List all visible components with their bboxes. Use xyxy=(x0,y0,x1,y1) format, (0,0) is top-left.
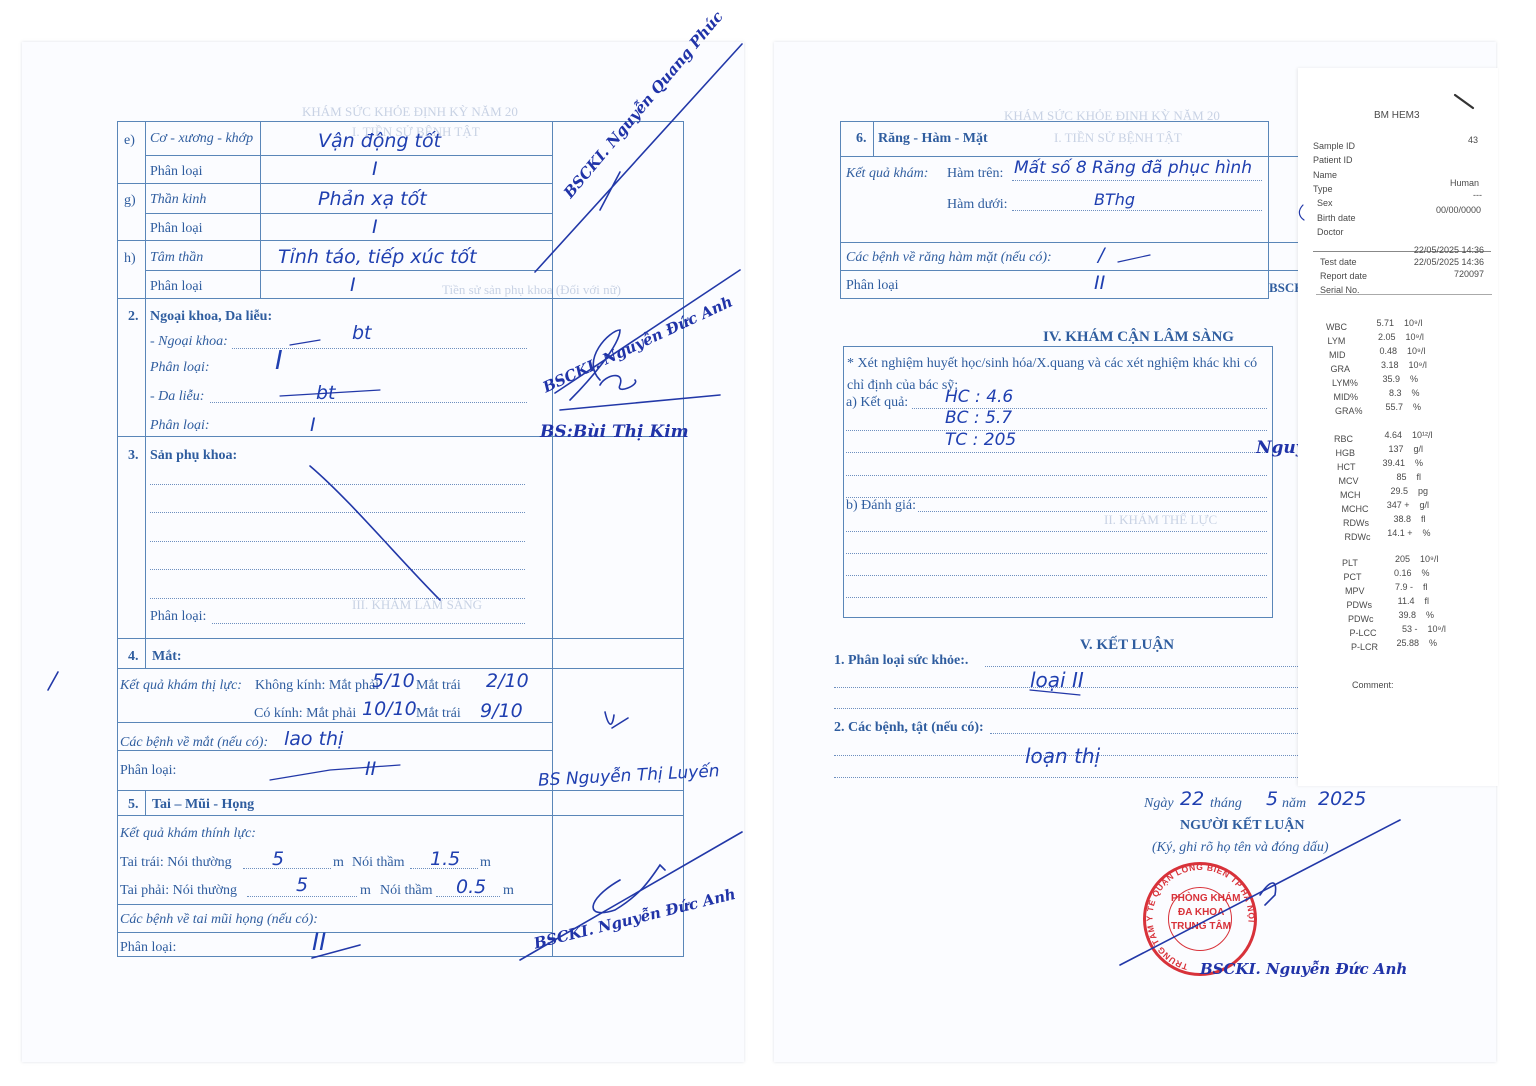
stamp-line-1: PHÒNG KHÁM xyxy=(1171,893,1240,904)
receipt-result-unit: 10⁹/l xyxy=(1420,554,1438,564)
lab-result-hc: HC : 4.6 xyxy=(945,387,1013,407)
date-day: 22 xyxy=(1180,788,1204,810)
dotted-line xyxy=(846,430,1267,431)
hematology-receipt: BM HEM3 Sample ID43Patient IDNameTypeHum… xyxy=(1298,68,1498,786)
section-number: 2. xyxy=(128,309,139,325)
receipt-result-unit: 10⁹/l xyxy=(1406,332,1424,342)
class-label: Phân loại: xyxy=(150,418,210,434)
left-ear-label: Tai trái: Nói thường xyxy=(120,855,232,871)
unit-m: m xyxy=(333,855,344,871)
unit-m: m xyxy=(503,883,514,899)
dotted-line xyxy=(150,569,525,570)
receipt-result-unit: fl xyxy=(1425,596,1430,606)
surgery-value: bt xyxy=(352,322,372,344)
upper-jaw-value: Mất số 8 Răng đã phục hình xyxy=(1014,158,1252,178)
lab-intro: * Xét nghiệm huyết học/sinh hóa/X.quang … xyxy=(847,353,1267,397)
health-class-value: loại II xyxy=(1030,668,1084,692)
receipt-result-name: WBC xyxy=(1326,322,1347,332)
receipt-field-label: Doctor xyxy=(1317,227,1344,237)
receipt-result-name: MPV xyxy=(1345,586,1365,596)
receipt-result-value: 137 xyxy=(1388,444,1403,454)
eye-disease-value: lao thị xyxy=(284,728,343,750)
dental-disease-label: Các bệnh về răng hàm mặt (nếu có): xyxy=(846,250,1052,266)
receipt-field-label: Sample ID xyxy=(1313,141,1355,151)
dotted-line xyxy=(150,512,525,513)
receipt-field-value: 00/00/0000 xyxy=(1436,205,1481,215)
eye-class: II xyxy=(365,758,376,780)
row-divider xyxy=(117,240,552,241)
dotted-line xyxy=(150,484,525,485)
receipt-result-unit: % xyxy=(1415,458,1423,468)
row-divider xyxy=(145,155,552,156)
signer-note: (Ký, ghi rõ họ tên và đóng dấu) xyxy=(1152,840,1329,856)
receipt-result-value: 55.7 xyxy=(1385,402,1403,412)
dotted-line xyxy=(150,598,525,599)
receipt-result-unit: 10⁹/l xyxy=(1409,360,1427,370)
receipt-field-label: Name xyxy=(1313,170,1337,180)
receipt-result-name: MID% xyxy=(1334,392,1359,402)
surgery-label: - Ngoại khoa: xyxy=(150,334,228,350)
class-label: Phân loại: xyxy=(150,609,206,625)
dotted-line xyxy=(247,896,357,897)
lab-result-label: a) Kết quả: xyxy=(846,395,908,411)
receipt-result-unit: fl xyxy=(1421,514,1426,524)
class-label: Phân loại xyxy=(846,278,899,294)
date-prefix: Ngày xyxy=(1144,796,1174,812)
receipt-result-name: LYM xyxy=(1328,336,1346,346)
receipt-result-value: 38.8 xyxy=(1393,514,1411,524)
class-label: Phân loại: xyxy=(150,360,210,376)
dotted-line xyxy=(846,475,1267,476)
diseases-label: 2. Các bệnh, tật (nếu có): xyxy=(834,720,984,736)
whisper-label: Nói thầm xyxy=(352,855,405,871)
left-eye-label: Mắt trái xyxy=(416,678,461,694)
no-glasses-label: Không kính: Mắt phải xyxy=(255,678,379,694)
signer-title: NGƯỜI KẾT LUẬN xyxy=(1180,818,1304,834)
receipt-date-value: 22/05/2025 14:36 xyxy=(1414,257,1484,267)
receipt-result-value: 0.48 xyxy=(1379,346,1397,356)
left-eye-label: Mắt trái xyxy=(416,706,461,722)
receipt-result-name: MCHC xyxy=(1342,504,1369,514)
stamp-line-3: TRUNG TÂM xyxy=(1171,921,1231,932)
no-glasses-left: 2/10 xyxy=(486,670,529,692)
section-divider xyxy=(117,638,684,639)
musculoskeletal-label: Cơ - xương - khớp xyxy=(150,131,253,147)
receipt-result-value: 11.4 xyxy=(1398,596,1415,606)
receipt-result-value: 0.16 xyxy=(1394,568,1412,578)
receipt-result-name: MCV xyxy=(1339,476,1359,486)
hearing-label: Kết quả khám thính lực: xyxy=(120,826,256,842)
assessment-label: b) Đánh giá: xyxy=(846,498,916,514)
derm-value: bt xyxy=(316,382,336,404)
receipt-result-value: 3.18 xyxy=(1381,360,1399,370)
letter-column-divider xyxy=(145,121,146,298)
receipt-result-name: PCT xyxy=(1344,572,1362,582)
row-letter: h) xyxy=(124,251,136,267)
right-ear-label: Tai phải: Nói thường xyxy=(120,883,237,899)
signature-bui-thi-kim: BS:Bùi Thị Kim xyxy=(540,422,689,442)
receipt-result-name: GRA% xyxy=(1335,406,1363,416)
receipt-result-name: RDWs xyxy=(1343,518,1369,528)
number-column-divider xyxy=(145,790,146,815)
psych-result: Tỉnh táo, tiếp xúc tốt xyxy=(278,246,477,268)
row-divider xyxy=(117,183,552,184)
ent-section-title: Tai – Mũi - Họng xyxy=(152,797,254,813)
receipt-result-name: P-LCR xyxy=(1351,642,1378,652)
row-letter: g) xyxy=(124,193,136,209)
receipt-result-unit: 10⁹/l xyxy=(1428,624,1446,634)
dotted-line xyxy=(1012,210,1262,211)
receipt-date-value: 22/05/2025 14:36 xyxy=(1414,245,1484,255)
receipt-field-label: Sex xyxy=(1317,198,1333,208)
receipt-divider xyxy=(1316,294,1492,295)
class-label: Phân loại xyxy=(150,221,203,237)
receipt-result-name: P-LCC xyxy=(1350,628,1377,638)
musculoskeletal-result: Vận động tốt xyxy=(318,130,441,152)
neuro-class: I xyxy=(372,216,378,238)
date-month: 5 xyxy=(1266,788,1278,810)
receipt-result-unit: g/l xyxy=(1414,444,1424,454)
receipt-result-unit: % xyxy=(1426,610,1434,620)
number-column-divider xyxy=(145,638,146,668)
glasses-left: 9/10 xyxy=(480,700,523,722)
receipt-field-value: --- xyxy=(1473,190,1482,200)
receipt-result-unit: 10⁹/l xyxy=(1404,318,1422,328)
receipt-result-value: 347 + xyxy=(1387,500,1410,510)
section-divider xyxy=(117,668,684,669)
psych-class: I xyxy=(350,274,356,296)
row-divider xyxy=(117,932,552,933)
receipt-result-value: 205 xyxy=(1395,554,1410,564)
receipt-result-name: GRA xyxy=(1331,364,1351,374)
section-divider xyxy=(117,815,684,816)
ent-disease-label: Các bệnh về tai mũi họng (nếu có): xyxy=(120,912,318,928)
receipt-result-value: 85 xyxy=(1396,472,1406,482)
receipt-result-name: PDWs xyxy=(1347,600,1373,610)
lab-section-title: IV. KHÁM CẬN LÂM SÀNG xyxy=(1043,329,1234,346)
receipt-result-unit: 10⁹/l xyxy=(1407,346,1425,356)
dental-disease-value: / xyxy=(1098,244,1104,266)
dotted-line xyxy=(846,575,1267,576)
eyes-section-title: Mắt: xyxy=(152,649,182,665)
section-divider xyxy=(117,790,684,791)
glasses-right: 10/10 xyxy=(362,698,417,720)
right-ear-normal: 5 xyxy=(296,874,308,896)
glasses-label: Có kính: Mắt phải xyxy=(254,706,356,722)
receipt-result-name: MCH xyxy=(1340,490,1361,500)
class-label: Phân loại xyxy=(150,279,203,295)
health-class-label: 1. Phân loại sức khỏe:. xyxy=(834,653,968,669)
receipt-result-value: 5.71 xyxy=(1376,318,1394,328)
receipt-field-value: Human xyxy=(1450,178,1479,188)
receipt-result-value: 39.41 xyxy=(1382,458,1405,468)
number-column-divider xyxy=(873,121,874,156)
dotted-line xyxy=(210,402,527,403)
receipt-date-label: Report date xyxy=(1320,271,1367,281)
receipt-result-name: LYM% xyxy=(1332,378,1358,388)
vision-label: Kết quả khám thị lực: xyxy=(120,678,242,694)
row-divider xyxy=(145,213,552,214)
lower-jaw-value: BThg xyxy=(1094,190,1135,209)
receipt-result-name: HCT xyxy=(1337,462,1356,472)
whisper-label: Nói thầm xyxy=(380,883,433,899)
receipt-result-value: 39.8 xyxy=(1398,610,1416,620)
receipt-result-unit: % xyxy=(1429,638,1437,648)
dotted-line xyxy=(846,452,1267,453)
receipt-result-value: 2.05 xyxy=(1378,332,1396,342)
receipt-title: BM HEM3 xyxy=(1374,110,1420,121)
receipt-result-unit: g/l xyxy=(1420,500,1430,510)
receipt-result-value: 53 - xyxy=(1402,624,1418,634)
class-label: Phân loại xyxy=(150,164,203,180)
row-divider xyxy=(117,904,552,905)
obgyn-section-title: Sản phụ khoa: xyxy=(150,448,237,464)
receipt-result-unit: % xyxy=(1410,374,1418,384)
row-divider xyxy=(840,242,1300,243)
dotted-line xyxy=(243,868,331,869)
dotted-line xyxy=(212,623,525,624)
no-glasses-right: 5/10 xyxy=(372,670,415,692)
derm-label: - Da liễu: xyxy=(150,389,204,405)
receipt-result-unit: fl xyxy=(1423,582,1428,592)
upper-jaw-label: Hàm trên: xyxy=(947,166,1003,182)
receipt-result-name: HGB xyxy=(1336,448,1356,458)
row-divider xyxy=(840,270,1300,271)
receipt-result-name: PLT xyxy=(1342,558,1358,568)
neuro-label: Thần kinh xyxy=(150,192,206,208)
receipt-result-value: 35.9 xyxy=(1382,374,1400,384)
date-year: 2025 xyxy=(1318,788,1366,810)
section-number: 3. xyxy=(128,448,139,464)
receipt-result-name: RBC xyxy=(1334,434,1353,444)
receipt-result-unit: % xyxy=(1412,388,1420,398)
receipt-field-label: Birth date xyxy=(1317,213,1356,223)
unit-m: m xyxy=(480,855,491,871)
dental-result-label: Kết quả khám: xyxy=(846,166,928,182)
lower-jaw-label: Hàm dưới: xyxy=(947,197,1007,213)
dotted-line xyxy=(846,531,1267,532)
dotted-line xyxy=(1012,180,1262,181)
number-column-divider xyxy=(145,298,146,638)
receipt-result-value: 4.64 xyxy=(1384,430,1402,440)
show-through-text: KHÁM SỨC KHỎE ĐỊNH KỲ NĂM 20 xyxy=(302,104,518,120)
section-number: 5. xyxy=(128,797,139,813)
receipt-field-label: Patient ID xyxy=(1313,155,1353,165)
dotted-line xyxy=(846,597,1267,598)
dental-section-title: Răng - Hàm - Mặt xyxy=(878,131,988,147)
receipt-result-unit: % xyxy=(1413,402,1421,412)
lab-result-bc: BC : 5.7 xyxy=(945,408,1012,428)
surgery-section-title: Ngoại khoa, Da liễu: xyxy=(150,309,272,325)
dotted-line xyxy=(150,541,525,542)
row-divider xyxy=(117,722,552,723)
receipt-result-unit: % xyxy=(1422,568,1430,578)
class-label: Phân loại: xyxy=(120,763,176,779)
musculoskeletal-class: I xyxy=(372,158,378,180)
receipt-field-value: 43 xyxy=(1468,135,1478,145)
receipt-result-unit: pg xyxy=(1418,486,1428,496)
row-letter: e) xyxy=(124,133,135,149)
receipt-result-value: 7.9 - xyxy=(1395,582,1413,592)
receipt-result-name: PDWc xyxy=(1348,614,1374,624)
psych-label: Tâm thần xyxy=(150,250,203,266)
derm-class: I xyxy=(310,414,316,436)
unit-m: m xyxy=(360,883,371,899)
class-label: Phân loại: xyxy=(120,940,176,956)
section-number: 6. xyxy=(856,131,867,147)
section-divider xyxy=(117,298,684,299)
conclusion-title: V. KẾT LUẬN xyxy=(1080,637,1174,654)
lab-result-tc: TC : 205 xyxy=(945,430,1016,450)
eye-disease-label: Các bệnh về mắt (nếu có): xyxy=(120,735,268,751)
month-label: tháng xyxy=(1210,796,1242,812)
receipt-comment-label: Comment: xyxy=(1352,680,1394,690)
receipt-date-label: Test date xyxy=(1320,257,1357,267)
receipt-result-unit: fl xyxy=(1417,472,1422,482)
receipt-date-value: 720097 xyxy=(1454,269,1484,279)
left-ear-whisper: 1.5 xyxy=(430,848,460,870)
row-divider xyxy=(145,270,552,271)
receipt-result-name: MID xyxy=(1329,350,1346,360)
receipt-result-unit: 10¹²/l xyxy=(1412,430,1433,440)
year-label: năm xyxy=(1282,796,1306,812)
receipt-field-label: Type xyxy=(1313,184,1333,194)
stamp-line-2: ĐA KHOA xyxy=(1178,907,1224,918)
section-number: 4. xyxy=(128,649,139,665)
receipt-result-value: 29.5 xyxy=(1390,486,1408,496)
right-ear-whisper: 0.5 xyxy=(456,876,486,898)
receipt-result-name: RDWc xyxy=(1345,532,1371,542)
dental-class: II xyxy=(1094,272,1105,294)
receipt-result-unit: % xyxy=(1423,528,1431,538)
left-ear-normal: 5 xyxy=(272,848,284,870)
receipt-result-value: 8.3 xyxy=(1389,388,1402,398)
diseases-value: loạn thị xyxy=(1025,744,1100,768)
ent-class: II xyxy=(312,928,326,956)
label-column-divider xyxy=(260,121,261,298)
neuro-result: Phản xạ tốt xyxy=(318,188,427,210)
signer-name: BSCKI. Nguyễn Đức Anh xyxy=(1200,960,1407,978)
signature-column-divider xyxy=(552,121,553,957)
surgery-class: I xyxy=(275,346,283,376)
receipt-result-value: 14.1 + xyxy=(1387,528,1412,538)
dotted-line xyxy=(918,511,1267,512)
receipt-result-value: 25.88 xyxy=(1396,638,1419,648)
row-divider xyxy=(840,156,1300,157)
dotted-line xyxy=(846,553,1267,554)
